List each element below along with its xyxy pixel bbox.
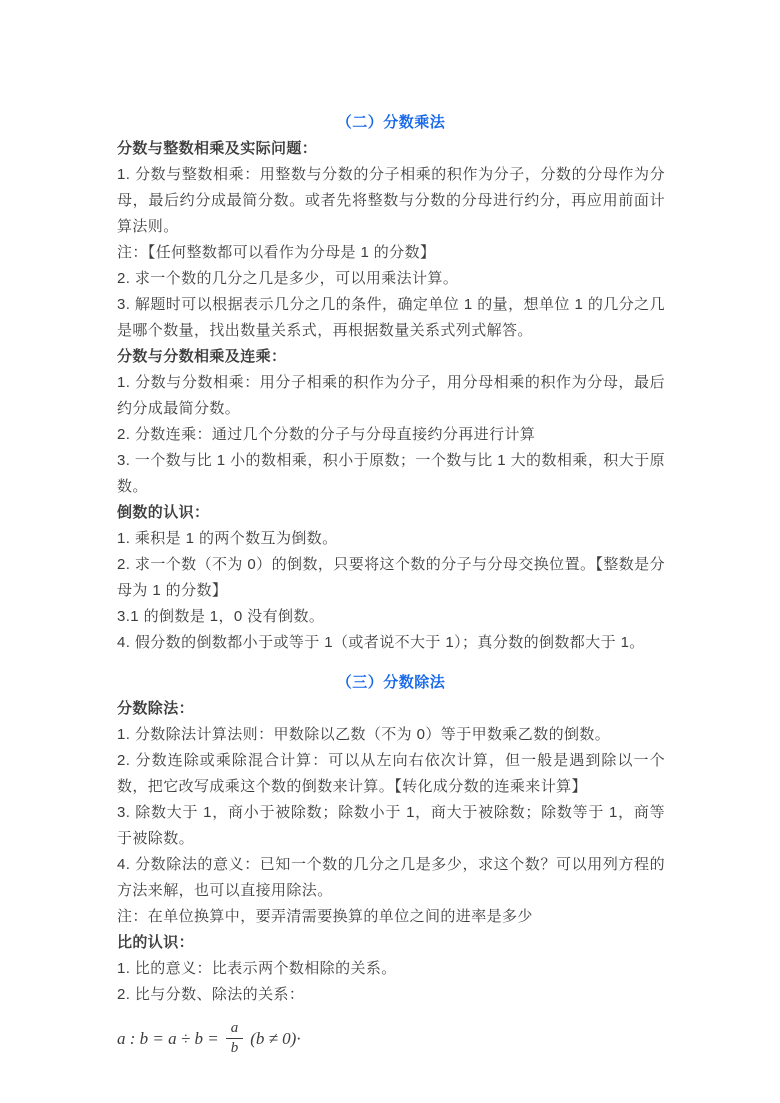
paragraph: 1. 比的意义：比表示两个数相除的关系。 [117,956,665,982]
paragraph: 1. 分数与整数相乘：用整数与分数的分子相乘的积作为分子，分数的分母作为分母，最… [117,162,665,240]
formula-rhs: (b ≠ 0)· [250,1029,300,1049]
paragraph: 1. 分数除法计算法则：甲数除以乙数（不为 0）等于甲数乘乙数的倒数。 [117,722,665,748]
paragraph: 3. 一个数与比 1 小的数相乘，积小于原数；一个数与比 1 大的数相乘，积大于… [117,448,665,500]
document-content: （二）分数乘法分数与整数相乘及实际问题：1. 分数与整数相乘：用整数与分数的分子… [117,110,665,1058]
formula-lhs: a : b = a ÷ b = [117,1029,219,1049]
paragraph: 2. 比与分数、除法的关系： [117,982,665,1008]
paragraph: 1. 分数与分数相乘：用分子相乘的积作为分子，用分母相乘的积作为分母，最后约分成… [117,370,665,422]
paragraph: 4. 分数除法的意义：已知一个数的几分之几是多少，求这个数？可以用列方程的方法来… [117,852,665,904]
paragraph: 3. 解题时可以根据表示几分之几的条件，确定单位 1 的量，想单位 1 的几分之… [117,292,665,344]
fraction-numerator: a [226,1020,244,1039]
document-page: （二）分数乘法分数与整数相乘及实际问题：1. 分数与整数相乘：用整数与分数的分子… [0,0,780,1103]
fraction: ab [226,1020,244,1058]
subsection-heading: 倒数的认识： [117,500,665,526]
paragraph: 3. 除数大于 1，商小于被除数；除数小于 1，商大于被除数；除数等于 1，商等… [117,800,665,852]
paragraph: 注：在单位换算中，要弄清需要换算的单位之间的进率是多少 [117,904,665,930]
paragraph: 2. 分数连乘：通过几个分数的分子与分母直接约分再进行计算 [117,422,665,448]
paragraph: 4. 假分数的倒数都小于或等于 1（或者说不大于 1）；真分数的倒数都大于 1。 [117,630,665,656]
subsection-heading: 分数与整数相乘及实际问题： [117,136,665,162]
section-title: （二）分数乘法 [117,110,665,136]
subsection-heading: 分数除法： [117,696,665,722]
paragraph: 2. 求一个数（不为 0）的倒数，只要将这个数的分子与分母交换位置。【整数是分母… [117,552,665,604]
section: （二）分数乘法分数与整数相乘及实际问题：1. 分数与整数相乘：用整数与分数的分子… [117,110,665,656]
paragraph: 2. 分数连除或乘除混合计算：可以从左向右依次计算，但一般是遇到除以一个数，把它… [117,748,665,800]
math-formula: a : b = a ÷ b =ab(b ≠ 0)· [117,1020,665,1058]
section: （三）分数除法分数除法：1. 分数除法计算法则：甲数除以乙数（不为 0）等于甲数… [117,670,665,1058]
section-title: （三）分数除法 [117,670,665,696]
paragraph: 3.1 的倒数是 1，0 没有倒数。 [117,604,665,630]
subsection-heading: 比的认识： [117,930,665,956]
paragraph: 1. 乘积是 1 的两个数互为倒数。 [117,526,665,552]
paragraph: 2. 求一个数的几分之几是多少，可以用乘法计算。 [117,266,665,292]
subsection-heading: 分数与分数相乘及连乘： [117,344,665,370]
paragraph: 注：【任何整数都可以看作为分母是 1 的分数】 [117,240,665,266]
fraction-denominator: b [231,1039,239,1057]
